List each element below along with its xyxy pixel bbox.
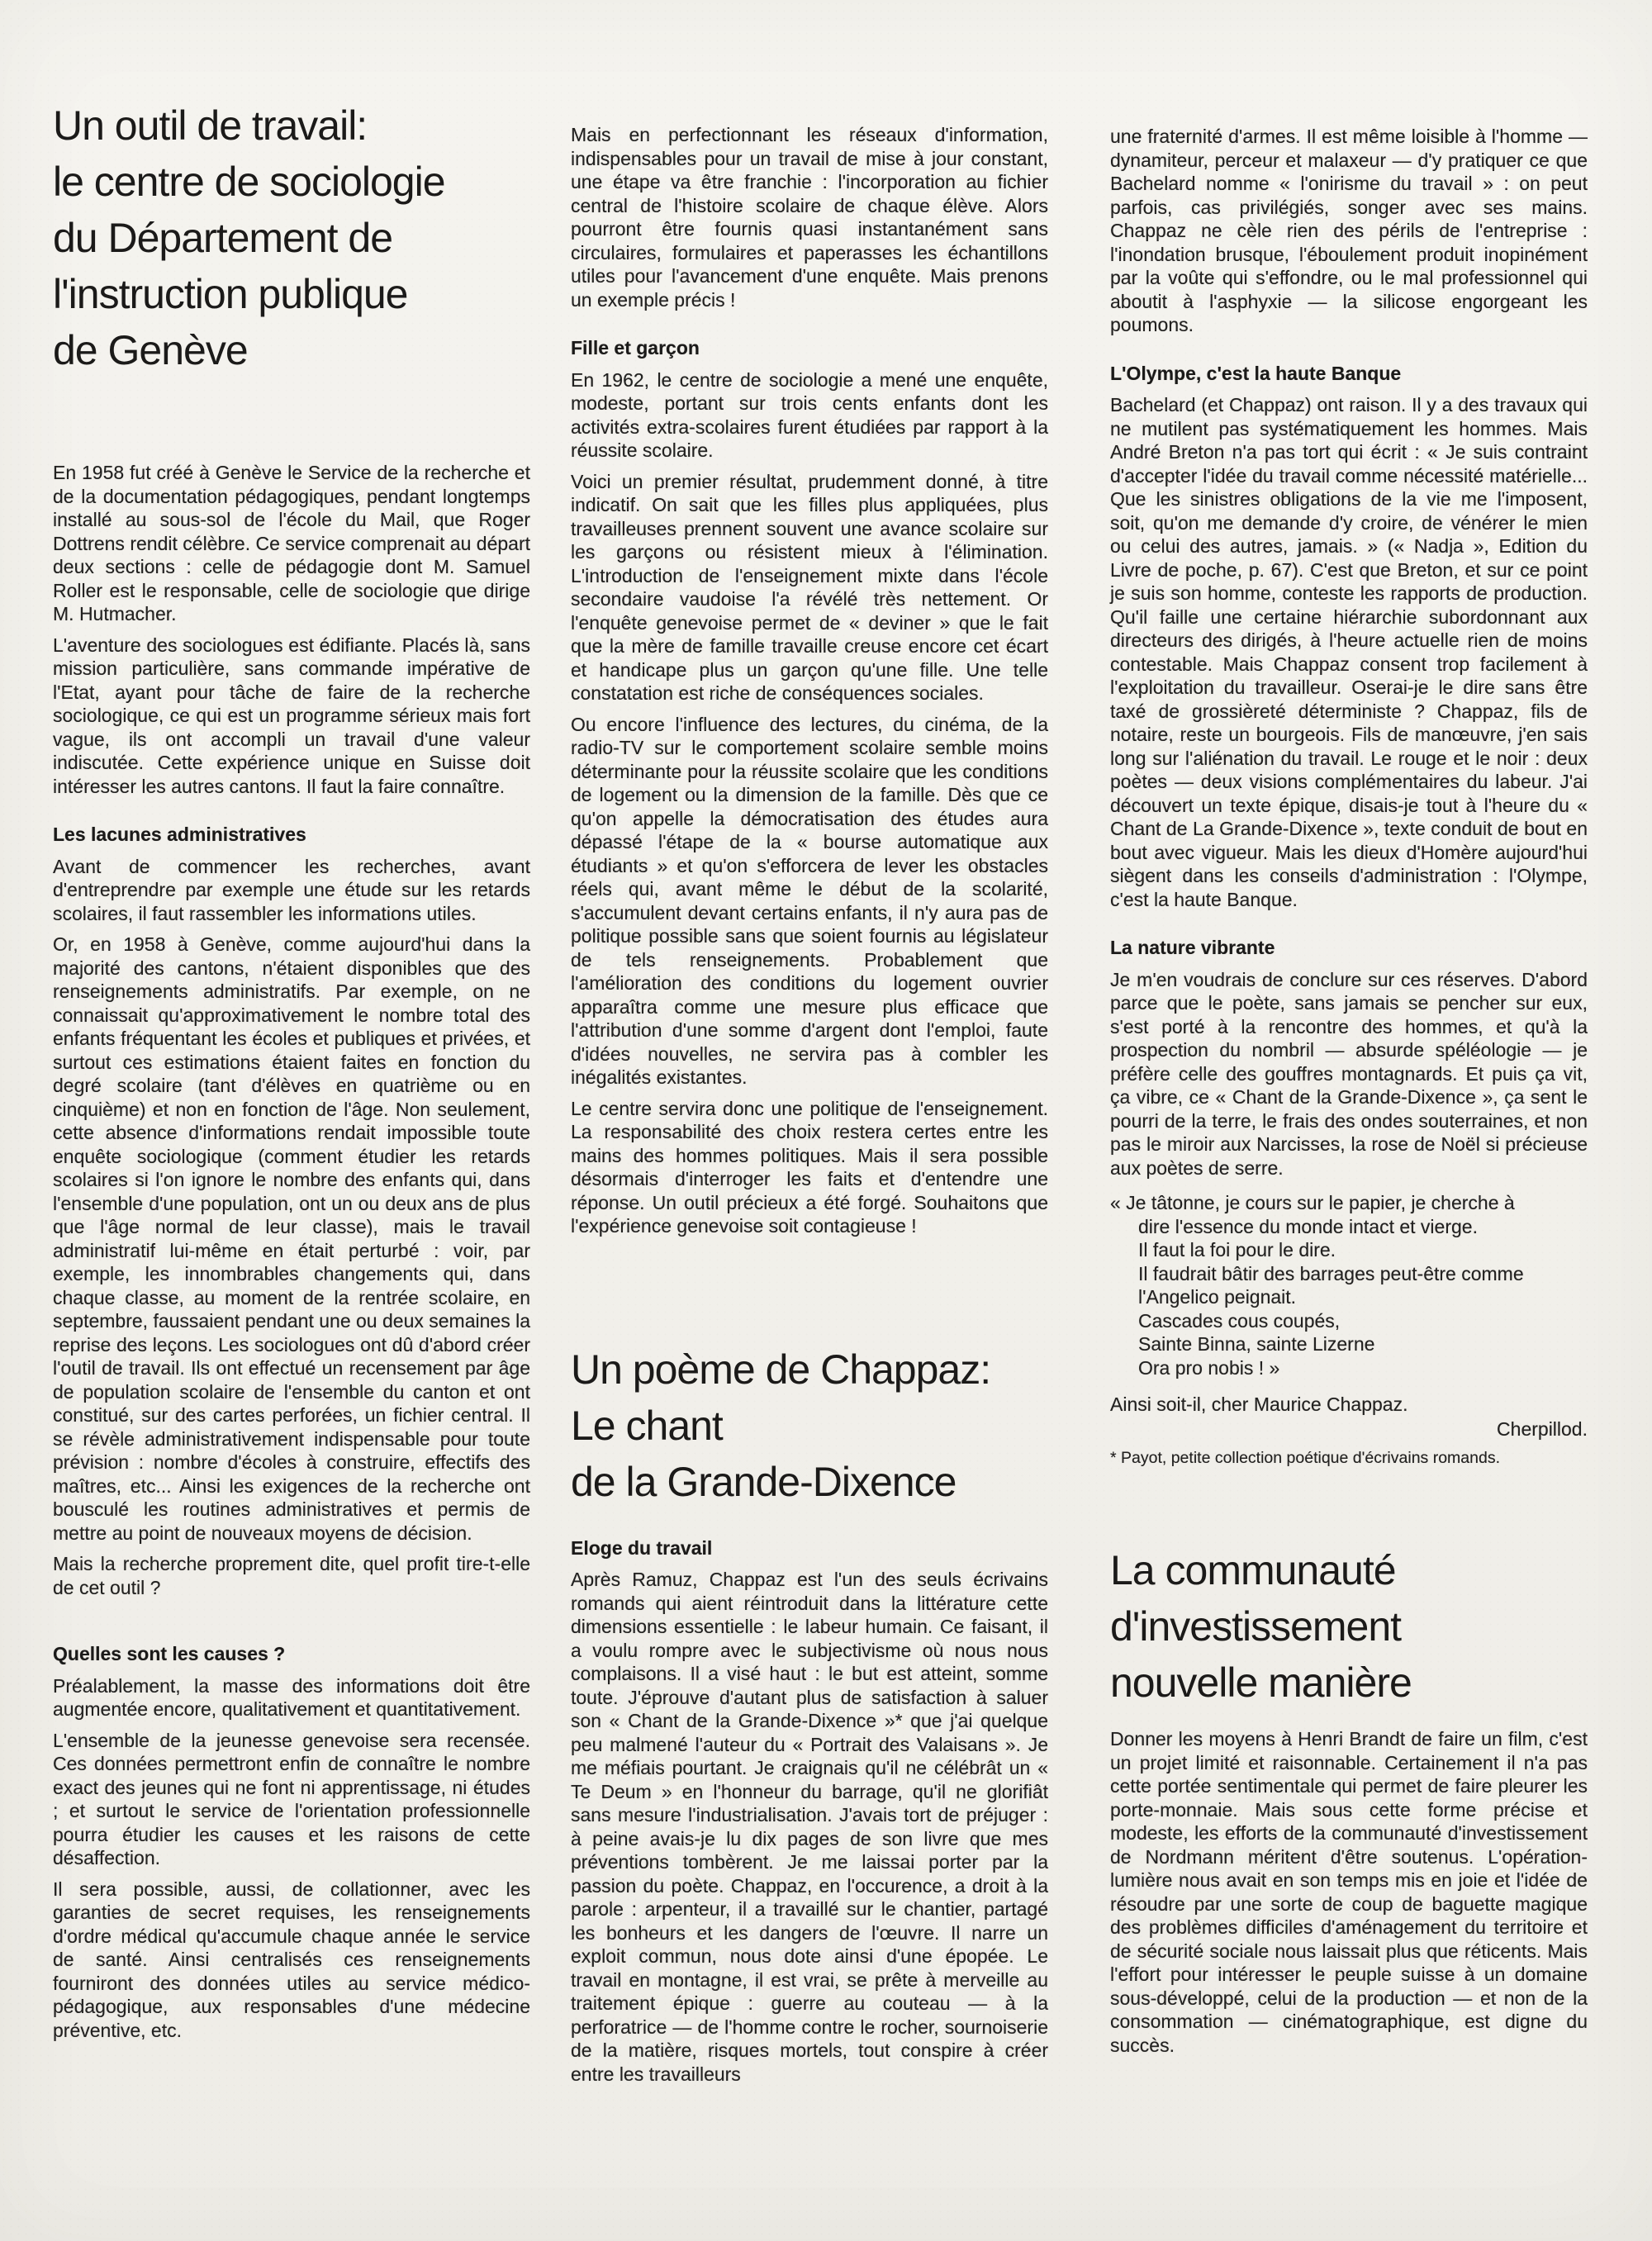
footnote: * Payot, petite collection poétique d'éc…: [1110, 1448, 1588, 1468]
body-paragraph: Or, en 1958 à Genève, comme aujourd'hui …: [53, 933, 530, 1545]
body-paragraph: Mais en perfectionnant les réseaux d'inf…: [571, 123, 1048, 311]
column-middle: Mais en perfectionnant les réseaux d'inf…: [571, 116, 1048, 2086]
body-paragraph: Je m'en voudrais de conclure sur ces rés…: [1110, 968, 1588, 1180]
section-heading: Les lacunes administratives: [53, 823, 530, 847]
body-paragraph: une fraternité d'armes. Il est même lois…: [1110, 125, 1588, 337]
article-headline: Un poème de Chappaz: Le chant de la Gran…: [571, 1341, 1048, 1510]
body-paragraph: Avant de commencer les recherches, avant…: [53, 855, 530, 926]
body-paragraph: Voici un premier résultat, prudemment do…: [571, 470, 1048, 705]
column-left: Un outil de travail: le centre de sociol…: [53, 97, 530, 2042]
body-paragraph: En 1962, le centre de sociologie a mené …: [571, 368, 1048, 463]
column-right: une fraternité d'armes. Il est même lois…: [1110, 117, 1588, 2057]
section-heading: La nature vibrante: [1110, 936, 1588, 960]
body-paragraph: Après Ramuz, Chappaz est l'un des seuls …: [571, 1568, 1048, 2086]
section-heading: Fille et garçon: [571, 336, 1048, 360]
article-headline: Un outil de travail: le centre de sociol…: [53, 97, 530, 378]
body-paragraph: Donner les moyens à Henri Brandt de fair…: [1110, 1727, 1588, 2057]
section-heading: L'Olympe, c'est la haute Banque: [1110, 362, 1588, 386]
body-paragraph: Le centre servira donc une politique de …: [571, 1097, 1048, 1238]
article-headline: La communauté d'investissement nouvelle …: [1110, 1542, 1588, 1711]
author-signature: Cherpillod.: [1110, 1417, 1588, 1441]
body-paragraph: Préalablement, la masse des informations…: [53, 1674, 530, 1721]
poem-quote: « Je tâtonne, je cours sur le papier, je…: [1110, 1191, 1588, 1379]
body-paragraph: L'ensemble de la jeunesse genevoise sera…: [53, 1729, 530, 1870]
section-heading: Eloge du travail: [571, 1536, 1048, 1560]
body-paragraph: Il sera possible, aussi, de collationner…: [53, 1878, 530, 2043]
body-paragraph: L'aventure des sociologues est édifiante…: [53, 634, 530, 799]
closing-line: Ainsi soit-il, cher Maurice Chappaz.: [1110, 1393, 1588, 1417]
section-heading: Quelles sont les causes ?: [53, 1642, 530, 1666]
newspaper-page: Un outil de travail: le centre de sociol…: [0, 0, 1652, 2241]
body-paragraph: Bachelard (et Chappaz) ont raison. Il y …: [1110, 393, 1588, 911]
body-paragraph: En 1958 fut créé à Genève le Service de …: [53, 461, 530, 626]
body-paragraph: Ou encore l'influence des lectures, du c…: [571, 713, 1048, 1090]
body-paragraph: Mais la recherche proprement dite, quel …: [53, 1552, 530, 1599]
